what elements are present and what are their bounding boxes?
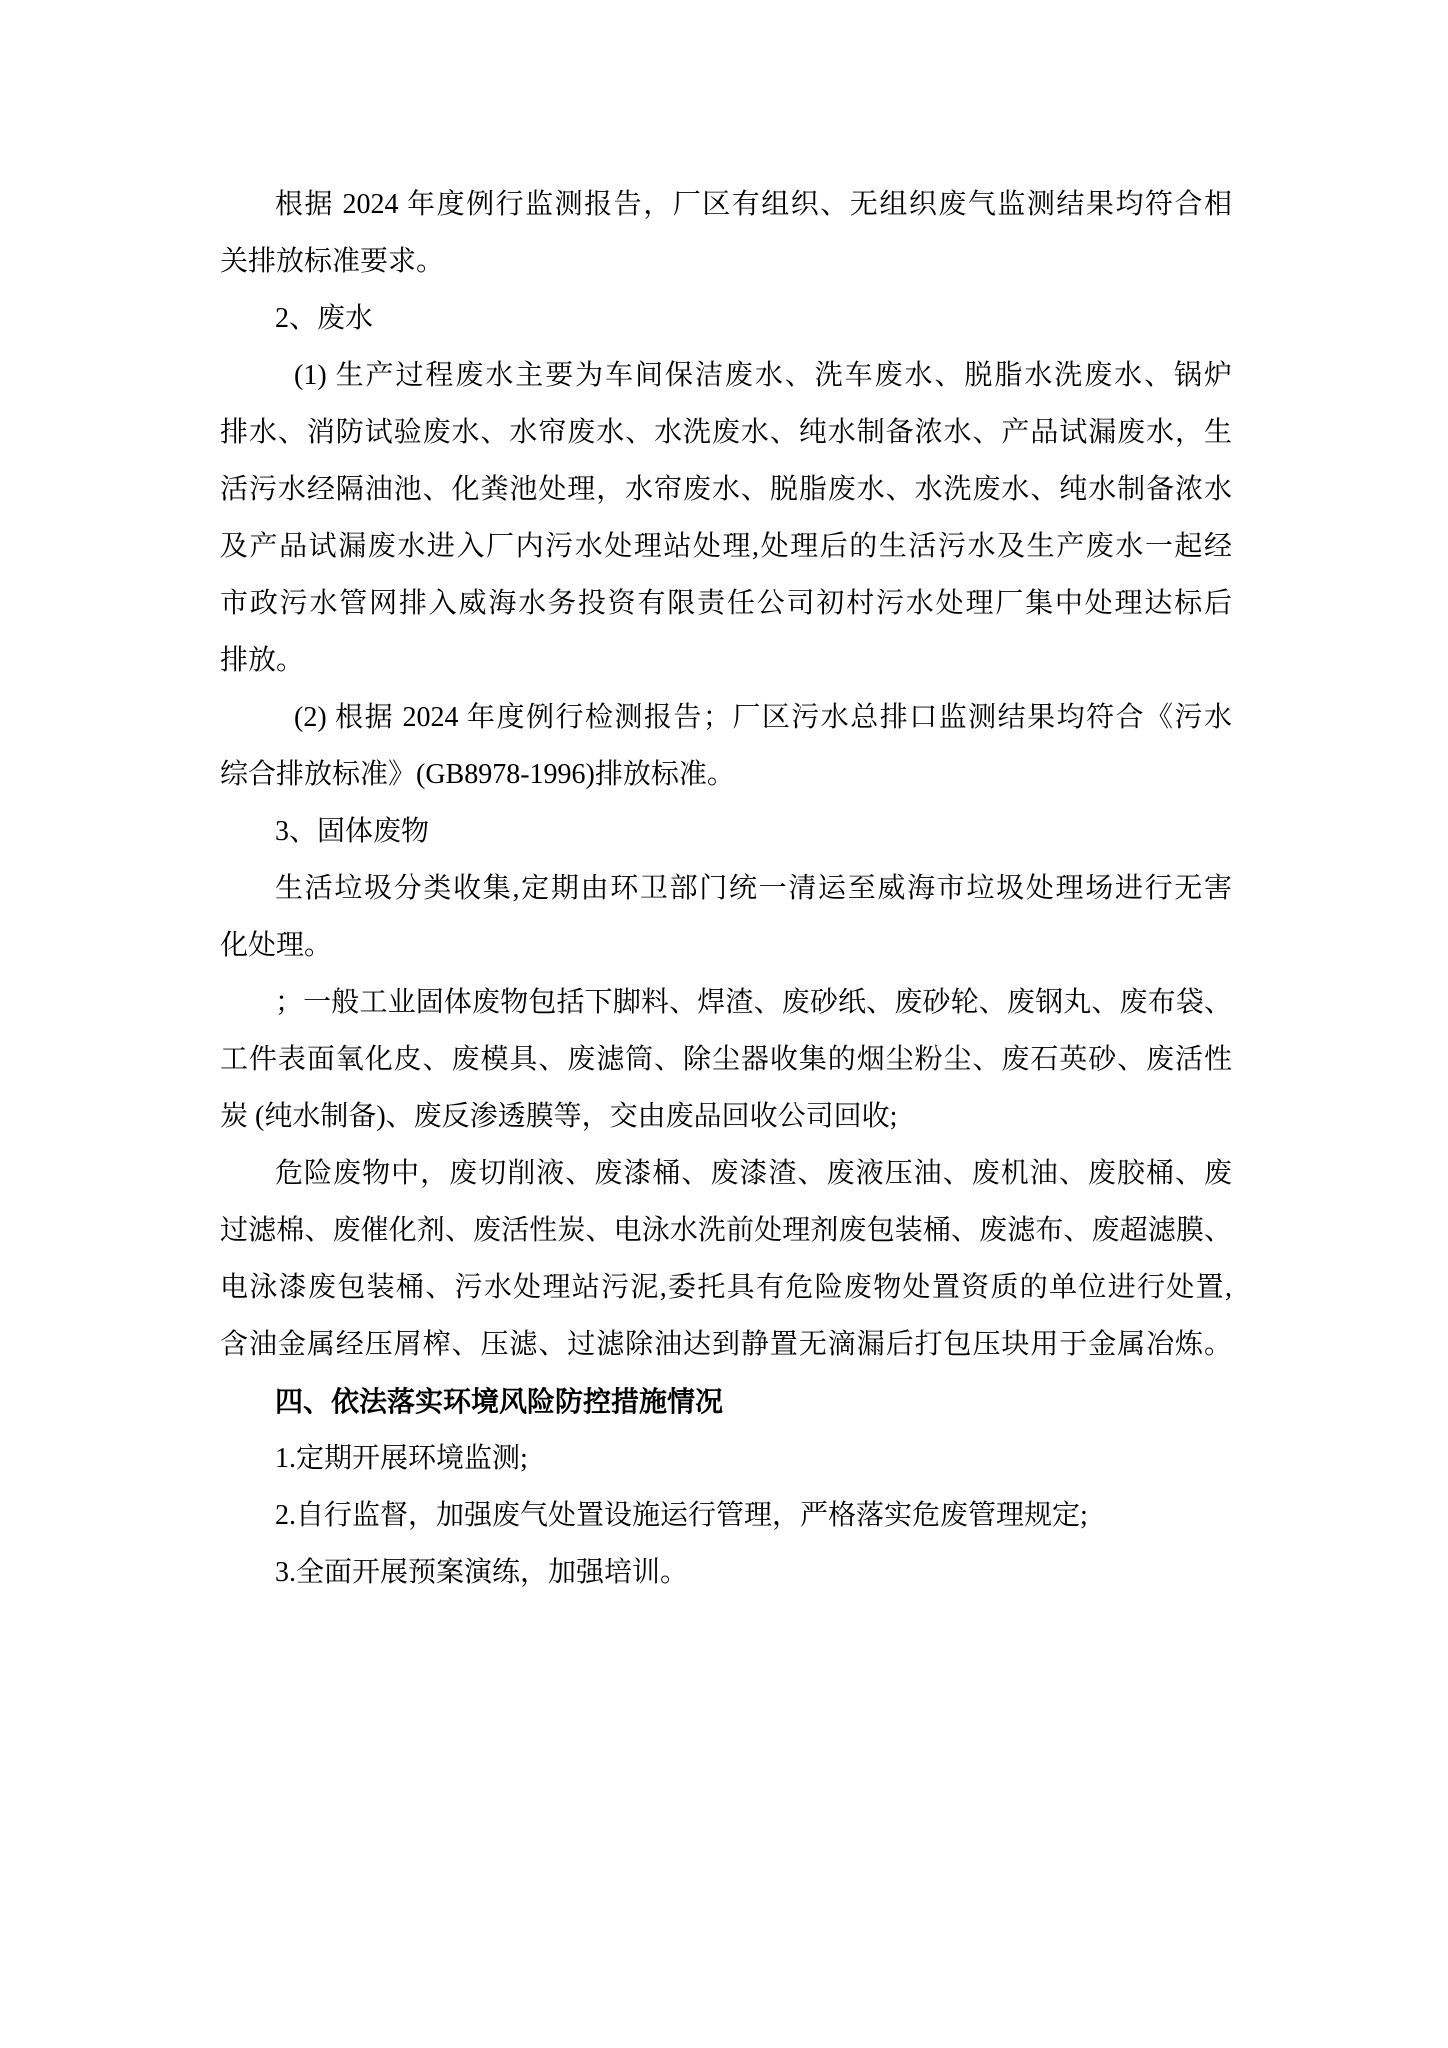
- text-line: 过滤棉、废催化剂、废活性炭、电泳水洗前处理剂废包装桶、废滤布、废超滤膜、: [220, 1202, 1232, 1259]
- section-heading: 四、依法落实环境风险防控措施情况: [220, 1373, 1232, 1430]
- text-line: (2) 根据 2024 年度例行检测报告；厂区污水总排口监测结果均符合《污水: [220, 689, 1232, 746]
- text-line: 排水、消防试验废水、水帘废水、水洗废水、纯水制备浓水、产品试漏废水，生: [220, 404, 1232, 461]
- text-line: 3.全面开展预案演练，加强培训。: [220, 1544, 1232, 1601]
- text-line: 市政污水管网排入威海水务投资有限责任公司初村污水处理厂集中处理达标后: [220, 575, 1232, 632]
- document-text-block: 根据 2024 年度例行监测报告，厂区有组织、无组织废气监测结果均符合相关排放标…: [220, 176, 1232, 1601]
- text-line: 排放。: [220, 632, 1232, 689]
- text-line: 危险废物中，废切削液、废漆桶、废漆渣、废液压油、废机油、废胶桶、废: [220, 1145, 1232, 1202]
- text-line: 2、废水: [220, 290, 1232, 347]
- text-line: 活污水经隔油池、化粪池处理，水帘废水、脱脂废水、水洗废水、纯水制备浓水: [220, 461, 1232, 518]
- text-line: ；一般工业固体废物包括下脚料、焊渣、废砂纸、废砂轮、废钢丸、废布袋、: [220, 974, 1232, 1031]
- text-line: 根据 2024 年度例行监测报告，厂区有组织、无组织废气监测结果均符合相: [220, 176, 1232, 233]
- text-line: 工件表面氧化皮、废模具、废滤筒、除尘器收集的烟尘粉尘、废石英砂、废活性: [220, 1031, 1232, 1088]
- text-line: 化处理。: [220, 917, 1232, 974]
- text-line: 1.定期开展环境监测;: [220, 1430, 1232, 1487]
- text-line: 含油金属经压屑榨、压滤、过滤除油达到静置无滴漏后打包压块用于金属冶炼。: [220, 1316, 1232, 1373]
- text-line: 2.自行监督，加强废气处置设施运行管理，严格落实危废管理规定;: [220, 1487, 1232, 1544]
- text-line: 生活垃圾分类收集,定期由环卫部门统一清运至威海市垃圾处理场进行无害: [220, 860, 1232, 917]
- document-page: 根据 2024 年度例行监测报告，厂区有组织、无组织废气监测结果均符合相关排放标…: [0, 0, 1448, 2048]
- text-line: 电泳漆废包装桶、污水处理站污泥,委托具有危险废物处置资质的单位进行处置,: [220, 1259, 1232, 1316]
- text-line: 及产品试漏废水进入厂内污水处理站处理,处理后的生活污水及生产废水一起经: [220, 518, 1232, 575]
- text-line: 关排放标准要求。: [220, 233, 1232, 290]
- text-line: 3、固体废物: [220, 803, 1232, 860]
- text-line: 炭 (纯水制备)、废反渗透膜等，交由废品回收公司回收;: [220, 1088, 1232, 1145]
- text-line: 综合排放标准》(GB8978-1996)排放标准。: [220, 746, 1232, 803]
- text-line: (1) 生产过程废水主要为车间保洁废水、洗车废水、脱脂水洗废水、锅炉: [220, 347, 1232, 404]
